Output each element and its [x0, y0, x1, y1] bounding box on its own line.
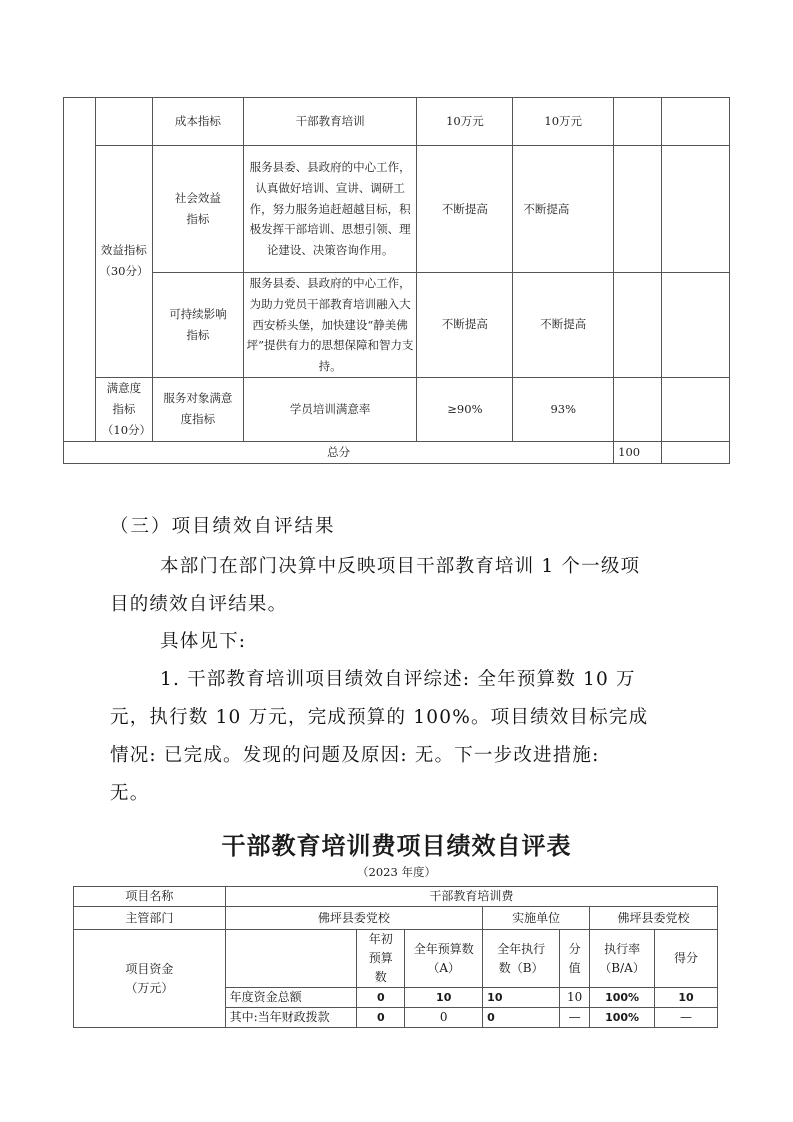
header-score: 得分	[655, 930, 718, 988]
department-row: 主管部门 佛坪县委党校 实施单位 佛坪县委党校	[74, 907, 718, 930]
impl-value: 佛坪县委党校	[590, 907, 718, 930]
score-value: —	[655, 1008, 718, 1028]
performance-indicator-table: 成本指标 干部教育培训 10万元 10万元 效益指标（30分） 社会效益指标 服…	[63, 97, 730, 464]
subcategory-cell: 服务对象满意度指标	[152, 377, 243, 441]
weight-cell	[614, 377, 662, 441]
paragraph-line: 情况: 已完成。发现的问题及原因: 无。下一步改进措施:	[110, 741, 600, 767]
indicator-cell: 服务县委、县政府的中心工作， 认真做好培训、宣讲、调研工作，努力服务追赶超越目标…	[243, 146, 417, 273]
subcategory-cell: 社会效益指标	[152, 146, 243, 273]
output-category-cell	[64, 98, 96, 442]
row-label: 其中:当年财政拨款	[225, 1008, 357, 1028]
score-value: 10	[655, 988, 718, 1008]
actual-cell: 不断提高	[513, 273, 614, 378]
funds-label-line1: 项目资金	[74, 960, 225, 979]
paragraph-line: 具体见下:	[160, 627, 246, 653]
total-extra	[662, 441, 730, 463]
impl-label: 实施单位	[483, 907, 590, 930]
subcategory-cell: 可持续影响指标	[152, 273, 243, 378]
weight-value: 10	[560, 988, 590, 1008]
project-name-row: 项目名称 干部教育培训费	[74, 887, 718, 907]
rate-value: 100%	[590, 988, 655, 1008]
dept-label: 主管部门	[74, 907, 226, 930]
weight-cell	[614, 146, 662, 273]
weight-cell	[614, 98, 662, 146]
weight-value: —	[560, 1008, 590, 1028]
empty-category-cell	[95, 98, 152, 146]
indicator-cell: 学员培训满意率	[243, 377, 417, 441]
annual-value: 0	[405, 1008, 483, 1028]
annual-value: 10	[405, 988, 483, 1008]
target-cell: ≥90%	[417, 377, 513, 441]
target-cell: 不断提高	[417, 146, 513, 273]
section-heading: （三）项目绩效自评结果	[110, 512, 336, 538]
exec-value: 10	[483, 988, 560, 1008]
paragraph-line: 元，执行数 10 万元，完成预算的 100%。项目绩效目标完成	[110, 703, 648, 729]
target-cell: 10万元	[417, 98, 513, 146]
empty-header	[225, 930, 357, 988]
table-row-social: 效益指标（30分） 社会效益指标 服务县委、县政府的中心工作， 认真做好培训、宣…	[64, 146, 730, 273]
paragraph-line: 本部门在部门决算中反映项目干部教育培训 1 个一级项	[160, 552, 640, 578]
subcategory-label: 服务对象满意度指标	[163, 391, 232, 426]
exec-value: 0	[483, 1008, 560, 1028]
category-cell: 满意度指标（10分）	[95, 377, 152, 441]
eval-table-title: 干部教育培训费项目绩效自评表	[0, 826, 793, 861]
table-row-satisfaction: 满意度指标（10分） 服务对象满意度指标 学员培训满意率 ≥90% 93%	[64, 377, 730, 441]
actual-cell: 不断提高	[513, 146, 614, 273]
header-exec-rate: 执行率（B/A）	[590, 930, 655, 988]
score-cell	[662, 146, 730, 273]
eval-table-year: （2023 年度）	[0, 864, 793, 880]
score-cell	[662, 273, 730, 378]
initial-value: 0	[357, 988, 405, 1008]
initial-value: 0	[357, 1008, 405, 1028]
category-cell: 效益指标（30分）	[95, 146, 152, 378]
rate-value: 100%	[590, 1008, 655, 1028]
actual-cell: 93%	[513, 377, 614, 441]
indicator-cell: 服务县委、县政府的中心工作，为助力党员干部教育培训融入大西安桥头堡，加快建设“静…	[243, 273, 417, 378]
funds-header-row: 项目资金 （万元） 年初预算数 全年预算数（A） 全年执行数（B） 分值 执行率…	[74, 930, 718, 988]
indicator-cell: 干部教育培训	[243, 98, 417, 146]
header-annual-budget: 全年预算数（A）	[405, 930, 483, 988]
header-annual-exec: 全年执行数（B）	[483, 930, 560, 988]
table-row-total: 总分 100	[64, 441, 730, 463]
project-name-label: 项目名称	[74, 887, 226, 907]
dept-value: 佛坪县委党校	[225, 907, 483, 930]
actual-cell: 10万元	[513, 98, 614, 146]
table-row-cost: 成本指标 干部教育培训 10万元 10万元	[64, 98, 730, 146]
subcategory-label: 可持续影响指标	[169, 307, 227, 342]
score-cell	[662, 377, 730, 441]
paragraph-line: 无。	[110, 779, 149, 805]
project-name-value: 干部教育培训费	[225, 887, 717, 907]
paragraph-line: 1. 干部教育培训项目绩效自评综述: 全年预算数 10 万	[160, 665, 636, 691]
total-score: 100	[614, 441, 662, 463]
total-label: 总分	[64, 441, 614, 463]
weight-cell	[614, 273, 662, 378]
subcategory-cell: 成本指标	[152, 98, 243, 146]
score-cell	[662, 98, 730, 146]
subcategory-label: 社会效益指标	[175, 191, 221, 226]
row-label: 年度资金总额	[225, 988, 357, 1008]
table-row-sustainable: 可持续影响指标 服务县委、县政府的中心工作，为助力党员干部教育培训融入大西安桥头…	[64, 273, 730, 378]
target-cell: 不断提高	[417, 273, 513, 378]
header-weight: 分值	[560, 930, 590, 988]
self-evaluation-table: 项目名称 干部教育培训费 主管部门 佛坪县委党校 实施单位 佛坪县委党校 项目资…	[73, 886, 718, 1028]
funds-label: 项目资金 （万元）	[74, 930, 226, 1028]
paragraph-line: 目的绩效自评结果。	[110, 590, 287, 616]
header-initial-budget: 年初预算数	[357, 930, 405, 988]
funds-label-line2: （万元）	[74, 979, 225, 998]
